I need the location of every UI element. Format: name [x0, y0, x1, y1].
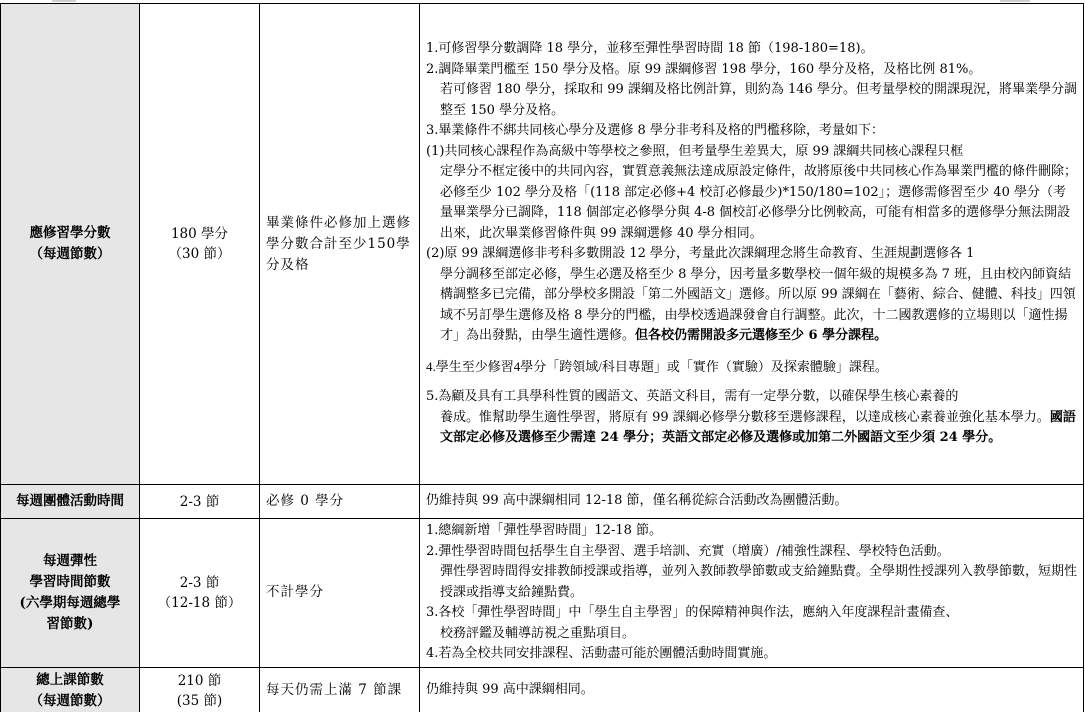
row-header-group-activity: 每週團體活動時間	[1, 485, 140, 519]
note-item: 3.畢業條件不綁共同核心學分及選修 8 學分非考科及格的門檻移除，考量如下：	[426, 121, 1077, 142]
value-line: 180 學分	[140, 224, 259, 244]
value-cell: 210 節 (35 節)	[140, 667, 260, 712]
condition-cell: 不計學分	[260, 519, 420, 668]
note-item-continued: 若可修習 180 學分，採取和 99 課綱及格比例計算，則約為 146 學分。但…	[426, 80, 1077, 121]
table-row: 應修習學分數 （每週節數） 180 學分 （30 節） 畢業條件必修加上選修學分…	[1, 4, 1084, 485]
value-line: 2-3 節	[140, 492, 259, 512]
row-header-flexible-learning: 每週彈性 學習時間節數 (六學期每週總學 習節數)	[1, 519, 140, 668]
page-edge-marker	[52, 0, 76, 2]
row-header-line: 每週彈性	[1, 551, 139, 572]
note-text: 養成。惟幫助學生適性學習，將原有 99 課綱必修學分數移至選修課程，以達成核心素…	[440, 410, 1050, 425]
notes-cell: 1.總綱新增「彈性學習時間」12-18 節。 2.彈性學習時間包括學生自主學習、…	[420, 519, 1084, 668]
note-item: 4.若為全校共同安排課程、活動盡可能於團體活動時間實施。	[426, 644, 1077, 665]
table-row: 每週團體活動時間 2-3 節 必修 0 學分 仍維持與 99 高中課綱相同 12…	[1, 485, 1084, 519]
row-header-line: 學習時間節數	[1, 572, 139, 593]
note-item: 仍維持與 99 高中課綱相同。	[426, 680, 1077, 701]
value-line: （12-18 節）	[140, 593, 259, 613]
note-subitem: (2)原 99 課綱選修非考科多數開設 12 學分，考量此次課綱理念將生命教育、…	[426, 244, 1077, 265]
note-subitem-continued: 學分調移至部定必修，學生必選及格至少 8 學分，因考量多數學校一個年級的規模多為…	[426, 265, 1077, 347]
note-item-continued: 彈性學習時間得安排教師授課或指導，並列入教師教學節數或支給鐘點費。全學期性授課列…	[426, 562, 1077, 603]
row-header-required-credits: 應修習學分數 （每週節數）	[1, 4, 140, 485]
row-header-line: 習節數)	[1, 614, 139, 635]
value-line: (35 節)	[140, 691, 259, 711]
condition-cell: 每天仍需上滿 7 節課	[260, 667, 420, 712]
page-edge-marker	[1000, 0, 1030, 2]
row-header-line: （每週節數）	[1, 691, 139, 712]
value-cell: 2-3 節 （12-18 節）	[140, 519, 260, 668]
curriculum-comparison-table: 應修習學分數 （每週節數） 180 學分 （30 節） 畢業條件必修加上選修學分…	[0, 3, 1084, 712]
notes-cell: 仍維持與 99 高中課綱相同 12-18 節，僅名稱從綜合活動改為團體活動。	[420, 485, 1084, 519]
note-subitem: (1)共同核心課程作為高級中等學校之參照，但考量學生差異大，原 99 課綱共同核…	[426, 142, 1077, 163]
notes-cell: 仍維持與 99 高中課綱相同。	[420, 667, 1084, 712]
note-item: 5.為顧及具有工具學科性質的國語文、英語文科目，需有一定學分數，以確保學生核心素…	[426, 387, 1077, 408]
note-item: 1.總綱新增「彈性學習時間」12-18 節。	[426, 521, 1077, 542]
note-item: 1.可修習學分數調降 18 學分，並移至彈性學習時間 18 節（198-180=…	[426, 39, 1077, 60]
note-item-continued: 養成。惟幫助學生適性學習，將原有 99 課綱必修學分數移至選修課程，以達成核心素…	[426, 408, 1077, 449]
condition-cell: 畢業條件必修加上選修學分數合計至少150學分及格	[260, 4, 420, 485]
notes-cell: 1.可修習學分數調降 18 學分，並移至彈性學習時間 18 節（198-180=…	[420, 4, 1084, 485]
value-line: 210 節	[140, 671, 259, 691]
row-header-line: 總上課節數	[1, 670, 139, 691]
note-item: 2.彈性學習時間包括學生自主學習、選手培訓、充實（增廣）/補強性課程、學校特色活…	[426, 542, 1077, 563]
note-item: 2.調降畢業門檻至 150 學分及格。原 99 課綱修習 198 學分，160 …	[426, 60, 1077, 81]
note-item: 4.學生至少修習4學分「跨領域/科目專題」或「實作（實驗）及探索體驗」課程。	[426, 357, 1077, 378]
value-cell: 2-3 節	[140, 485, 260, 519]
row-header-line: (六學期每週總學	[1, 593, 139, 614]
note-item-continued: 校務評鑑及輔導訪視之重點項目。	[426, 624, 1077, 645]
value-line: （30 節）	[140, 244, 259, 264]
table-row: 總上課節數 （每週節數） 210 節 (35 節) 每天仍需上滿 7 節課 仍維…	[1, 667, 1084, 712]
note-subitem-continued: 定學分不框定後中的共同內容，實質意義無法達成原設定條件，故將原後中共同核心作為畢…	[426, 162, 1077, 244]
table-row: 每週彈性 學習時間節數 (六學期每週總學 習節數) 2-3 節 （12-18 節…	[1, 519, 1084, 668]
value-cell: 180 學分 （30 節）	[140, 4, 260, 485]
row-header-line: 應修習學分數	[1, 223, 139, 244]
note-item: 3.各校「彈性學習時間」中「學生自主學習」的保障精神與作法，應納入年度課程計畫備…	[426, 603, 1077, 624]
row-header-line: 每週團體活動時間	[1, 491, 139, 512]
value-line: 2-3 節	[140, 573, 259, 593]
row-header-total-periods: 總上課節數 （每週節數）	[1, 667, 140, 712]
note-text-bold: 但各校仍需開設多元選修至少 6 學分課程。	[635, 328, 887, 343]
note-item: 仍維持與 99 高中課綱相同 12-18 節，僅名稱從綜合活動改為團體活動。	[426, 491, 1077, 512]
row-header-line: （每週節數）	[1, 244, 139, 265]
condition-cell: 必修 0 學分	[260, 485, 420, 519]
